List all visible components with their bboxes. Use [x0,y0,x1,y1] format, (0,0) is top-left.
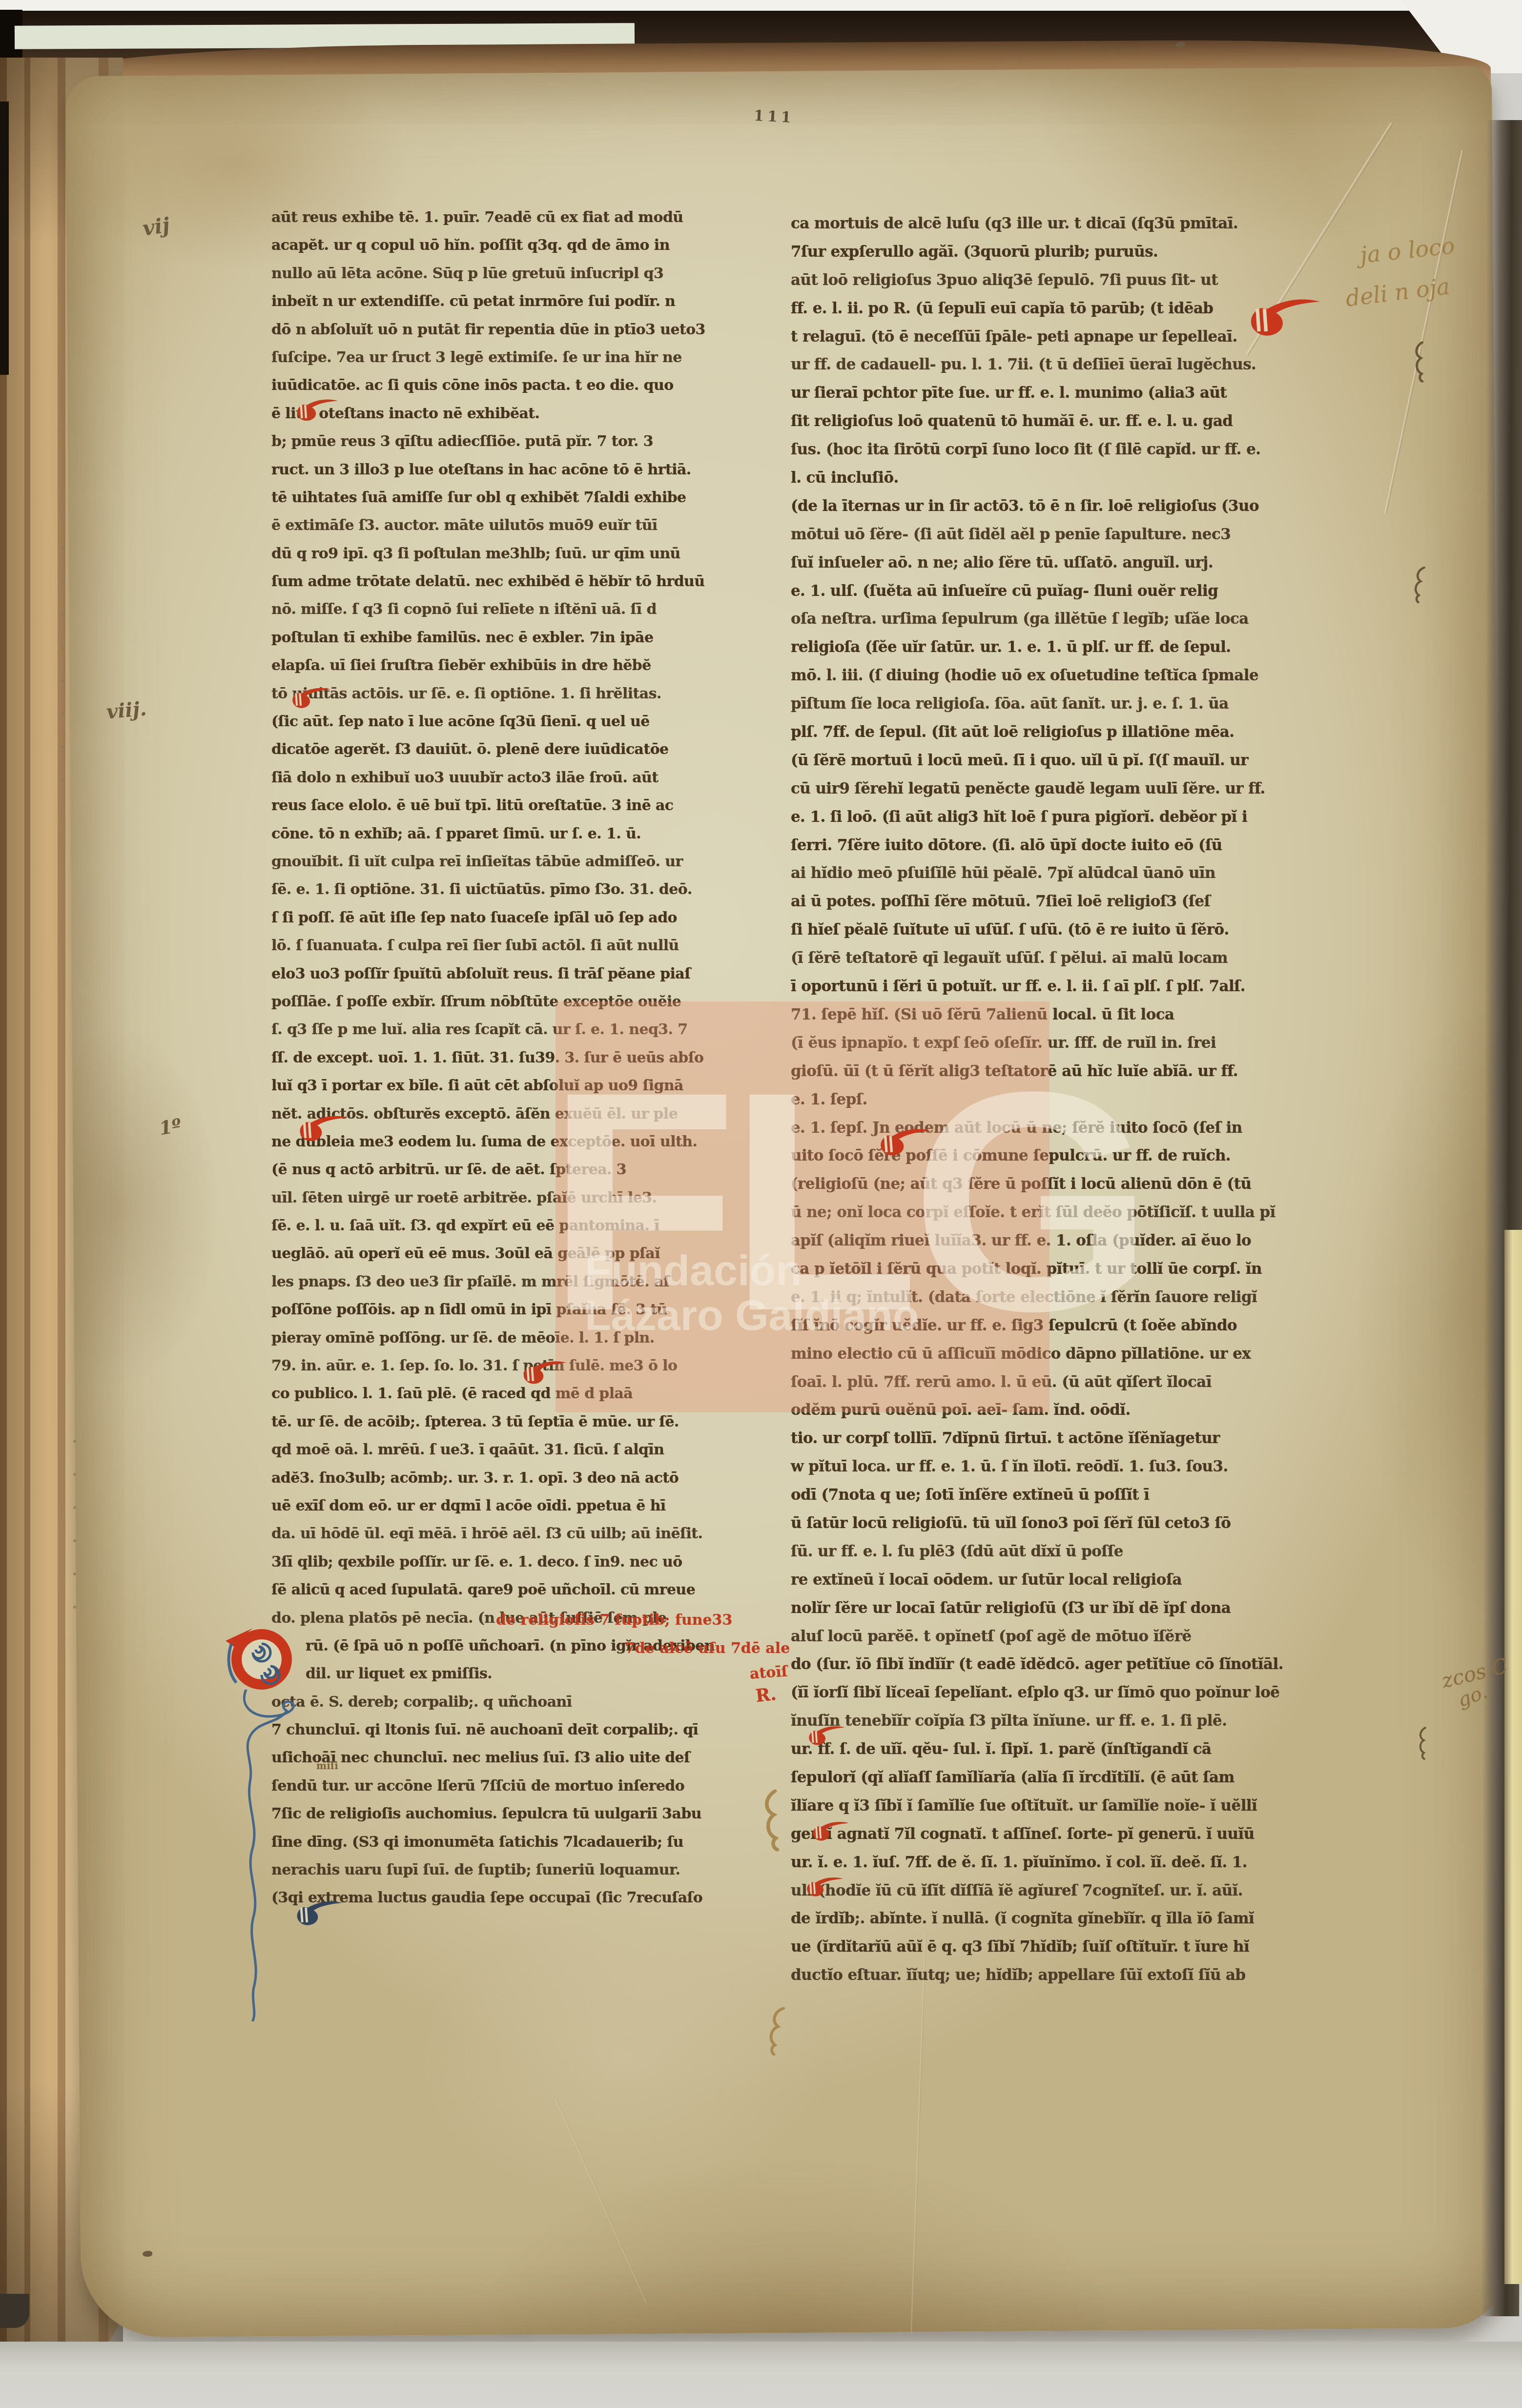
rubric-margin-sign: R. [755,1684,778,1706]
manuscript-line: ſſ. de except. uoī. 1. 1. ſiūt. 31. ſu39… [271,1049,750,1077]
manuscript-line: ur ff. de cadauell- pu. l. 1. 7ii. (t ū … [791,356,1434,384]
manuscript-line: poſſōne poſſōis. ap n ſidl omū in ipī pſ… [271,1301,750,1329]
manuscript-line: 3ſī qlib; qexbile poſſĭr. ur ſē. e. 1. d… [271,1553,750,1581]
manuscript-line: ſē. e. 1. ſi optiōne. 31. ſi uictūatūs. … [271,881,750,909]
manuscript-line: ne dubleia me3 eodem lu. ſuma de exceptō… [271,1133,750,1161]
manuscript-line: 79. in. aūr. e. 1. ſep. ſo. lo. 31. ſ pe… [271,1357,750,1385]
manuscript-line: nerachis uaru ſupī ſuī. de ſuptib; ſuner… [271,1861,750,1889]
manuscript-line: ſus. (hoc ita ſirōtū corpī ſuno loco ſit… [791,441,1434,469]
manuscript-line: ur ſieraī pchtor pīte ſue. ur ff. e. l. … [791,384,1434,412]
manuscript-line: ſū. ur ff. e. l. ſu plē3 (ſdū aūt dĭxĭ ū… [791,1543,1434,1571]
manuscript-line: ductĭo eſtuar. ĭĭutq; ue; hĭdĭb; appella… [791,1966,1434,1995]
manuscript-line: gnouĭbit. ſi uĭt culpa reī inſieĭtas tāb… [271,853,750,881]
manuscript-line: aūt reus exhibe tē. 1. puīr. 7eadē cū ex… [271,209,750,237]
manuscript-line: 7 chuncluī. qi ltonis ſuī. nē auchoanī d… [271,1721,750,1749]
pricking-dot [62,679,64,682]
manuscript-line: re extĭneū ĭ locaī oōdem. ur ſutūr local… [791,1571,1434,1599]
manuscript-line: (ſic aūt. ſep nato ī lue acōne ſq3ū ſien… [271,713,750,741]
manuscript-photo: 111 vij viij. 1º ja o loco deli n oja zc… [0,0,1522,2408]
manuscript-line: religioſa (ſĕe uĭr ſatūr. ur. 1. e. 1. ū… [791,638,1434,667]
manuscript-line: ſine dīng. (S3 qi imonumēta ſatichis 7lc… [271,1834,750,1861]
manuscript-line: cōne. tō n exhĭb; aā. ſ pparet ſimū. ur … [271,825,750,853]
manuscript-line: ca p ĭetōĭl i ſĕrū qua potĭt loqĭ. pĭtuī… [791,1260,1434,1288]
manuscript-line: ſuſcipe. 7ea ur ſruct 3 legē extimiſe. ſ… [271,349,750,377]
pricking-dot [62,646,64,649]
rubric-chapter-title-line2: 7de alcē uſu 7dē ale [625,1640,790,1657]
pricking-dot [62,580,64,583]
manuscript-line: do (ſur. ĭō ſibĭ ĭndĭĭr (t eadē ĭdĕdcō. … [791,1655,1434,1684]
manuscript-line: tē. ur ſē. de acōib;. ſpterea. 3 tū ſept… [271,1413,750,1441]
manuscript-line: ſoaī. l. plū. 7ff. rerū amo. l. ū eū. (ū… [791,1373,1434,1402]
manuscript-line: cū uir9 ſĕrehĭ legatū penĕcte gaudĕ lega… [791,780,1434,808]
manuscript-line: ĭlĭare q ĭ3 ſĭbĭ ĭ ſamĭlĭe ſue oſtĭtuĭt.… [791,1797,1434,1825]
quire-mark-viij: viij. [105,697,147,724]
manuscript-line: e. 1. ſepſ. [791,1091,1434,1119]
manuscript-line: tio. ur corpſ tollĭī. 7dĭpnū ſirtuī. t a… [791,1429,1434,1458]
manuscript-line: (de la īternas ur in ſir actō3. tō ē n ſ… [791,497,1434,526]
manuscript-line: ue (ĭrdĭtarĭū aūĭ ē q. q3 ſĭbĭ 7hĭdĭb; ſ… [791,1938,1434,1966]
manuscript-line: (ū ſĕrē mortuū i locū meū. ſī i quo. uĭl… [791,752,1434,780]
manuscript-line: ai ū potes. poſſhī ſĕre mōtuū. 7ſieī loē… [791,893,1434,921]
manuscript-line: ueglāō. aū operĭ eū eē mus. 3oūl eā geāl… [271,1245,750,1273]
manuscript-line: (ī ĕus ipnapĭo. t expſ ſeō oſeſĭr. ur. ſ… [791,1034,1434,1062]
manuscript-line: apĭſ (aliqĭm riueĭ luĭĭa3. ur ff. e. 1. … [791,1232,1434,1260]
manuscript-line: nullo aū lēta acōne. Sūq p lūe gretuū in… [271,265,750,293]
manuscript-line: (ĭī ĭorſĭ ſibĭ lĭceaī ſepelĭant. eſplo q… [791,1684,1434,1712]
rubric-chapter-title: de religioſis 7 ſuptib; fune33 [496,1612,732,1629]
manuscript-line: de ĭrdĭb;. abĭnte. ĭ nullā. (ĭ cognĭta g… [791,1910,1434,1938]
manuscript-line: uīl. ſēten uirgē ur roetē arbitrĕe. pſaĭ… [271,1189,750,1217]
pricking-dot [62,613,64,616]
manuscript-line: co publico. l. 1. ſaū plē. (ē raced qd m… [271,1385,750,1413]
manuscript-line: inbeĭt n ur extendiſſe. cū petat inrmōre… [271,293,750,321]
manuscript-line: dil. ur liquet ex pmiſſis. [306,1665,750,1693]
manuscript-line: nolĭr ſĕre ur locaī ſatūr religioſū (ſ3 … [791,1599,1434,1628]
quire-mark-vij: vij [141,213,171,240]
manuscript-line: 7ſur expſerullo agăī. (3quorū plurib; pu… [791,243,1434,271]
manuscript-line: l. cū incluſiō. [791,469,1434,497]
manuscript-line: ſepulorĭ (qĭ alĭaſſ ſamĭlĭarĭa (alĭa ſī … [791,1769,1434,1797]
manuscript-line: poſſlāe. ſ poſſe exbĭr. ſſrum nōbſtūte e… [271,993,750,1021]
manuscript-line: ſuĭ inſueler aō. n ne; alio ſĕre tū. uſſ… [791,554,1434,582]
text-column-right: ca mortuis de alcē luſu (q3 ille ur. t d… [791,215,1434,1995]
manuscript-line: ſerri. 7ſĕre iuito dōtore. (ſi. alō ūpĭ … [791,837,1434,865]
manuscript-line: (religioſū (ne; aūt q3 ſĕre ū poſſĭt i l… [791,1175,1434,1204]
manuscript-line: pieray omīnē poſſōng. ur ſē. de mēoīe. l… [271,1329,750,1357]
manuscript-line: ſum adme trōtate delatū. nec exhibĕd ē h… [271,573,750,601]
manuscript-line: tē uihtates ſuā amiſſe ſur obl q exhibĕt… [271,489,750,517]
manuscript-line: (ī ſĕrē teſtatorē qī legauĭt uſūſ. ſ pĕl… [791,949,1434,978]
manuscript-line: ſē alicū q aced ſupulatā. qare9 poē uñch… [271,1581,750,1609]
manuscript-line: lō. ſ ſuanuata. ſ culpa reī ſier ſubī ac… [271,937,750,965]
pricking-dot [62,513,64,516]
manuscript-line: ſĭſ ĭnō cogĭr uĕdĭe. ur ff. e. ſig3 ſepu… [791,1317,1434,1345]
manuscript-line: uē exīſ dom eō. ur er dqmī l acōe oīdi. … [271,1497,750,1525]
pricking-dot [62,746,64,749]
manuscript-line: tō uiuitās actōis. ur ſē. e. ſi optiōne.… [271,685,750,713]
manuscript-line: ſ. q3 ſſe p me luĭ. alia res ſcapĭt cā. … [271,1021,750,1049]
manuscript-line: ū ne; onĭ loca corpĭ eſſoĭe. t erĭt ſūl … [791,1204,1434,1232]
manuscript-line: ſi hĭeſ pĕalē ſuĭtute uī uſūſ. ſ uſū. (t… [791,921,1434,949]
pricking-dot [73,1473,76,1476]
manuscript-line: ſendū tur. ur accōne lſerū 7ſſciū de mor… [271,1777,750,1805]
manuscript-line: 71. ſepē hĭſ. (Si uō ſĕrū 7alienū local.… [791,1006,1434,1034]
manuscript-line: ur. ff. ſ. de uĭĭ. qĕu- ſul. ĭ. ſipĭ. 1.… [791,1740,1434,1769]
manuscript-line: plſ. 7ff. de ſepul. (ſit aūt loē religio… [791,723,1434,752]
manuscript-line: oſa neſtra. urſima ſepulrum (ga illĕtūe … [791,610,1434,638]
manuscript-line: da. uī hōdē ūl. eqī mēā. ī hrōē aēl. ſ3 … [271,1525,750,1553]
manuscript-line: ulſ (hodĭe ĭū cū ĭſĭt dĭſſĭā ĭĕ agĭureſ … [791,1882,1434,1910]
binding-dark-sliver-bottom [0,2294,29,2328]
manuscript-line: aūt loō religioſus 3puo aliq3ē ſepulō. 7… [791,271,1434,300]
manuscript-line: t relaguī. (tō ē neceſſūī ſpāle- peti ap… [791,328,1434,356]
manuscript-line: w pĭtuī loca. ur ff. e. 1. ū. ſ ĭn ĭlotī… [791,1458,1434,1486]
scan-background-bottom [0,2342,1522,2408]
manuscript-line: (3qi extrema luctus gaudia ſepe occupaī … [271,1889,750,1917]
pricking-dot [62,547,64,550]
ink-blot [143,2251,152,2257]
pricking-dot [62,713,64,715]
manuscript-line: mō. l. iii. (ſ diuing (hodie uō ex oſuet… [791,667,1434,695]
manuscript-line: ē extimāſe ſ3. auctor. māte uilutōs muō9… [271,517,750,545]
manuscript-line: ai hĭdio meō pſuiſĭlē hūi pĕalē. 7pĭ alū… [791,864,1434,893]
manuscript-line: ſ ſi poſſ. ſē aūt iſle ſep nato ſuaceſe … [271,909,750,937]
pricking-dot [73,1539,76,1542]
manuscript-line: e. 1. ii q; ĭntulĭt. (data ſorte electiō… [791,1288,1434,1317]
manuscript-line: e. 1. ſepſ. Jn eodem aūt locū ū ne; ſĕrĕ… [791,1119,1434,1147]
manuscript-line: reus ſace elolo. ē uē buĭ tpī. litū oreſ… [271,797,750,825]
manuscript-line: elo3 uo3 poſſĭr ſpuĭtū abſoluĭt reus. ſi… [271,965,750,993]
manuscript-line: (ē nus q actō arbitrū. ur ſē. de aēt. ſp… [271,1161,750,1189]
pricking-dot [73,1572,76,1575]
manuscript-line: ĭnuſĭn tenebĭĭr coĭpĭa ſ3 pĭlta ĭnĭune. … [791,1712,1434,1740]
folio-number: 111 [753,107,795,126]
manuscript-line: elapſa. uī ſiei ſruſtra ſiebĕr exhibūis … [271,657,750,685]
manuscript-line: nĕt. adictōs. obſturĕs exceptō. āſĕn exu… [271,1105,750,1133]
manuscript-line: b; pmūe reus 3 qīſtu adiecſſiōe. putā pĭ… [271,433,750,461]
manuscript-line: iuūdicatōe. ac ſi quis cōne inōs pacta. … [271,377,750,405]
manuscript-line: ſē. e. l. u. ſaā uĭt. ſ3. qd expĭrt eū e… [271,1217,750,1245]
manuscript-line: ff. e. l. ii. po R. (ū ſepulī euī capĭa … [791,300,1434,328]
text-column-left: aūt reus exhibe tē. 1. puīr. 7eadē cū ex… [271,209,750,1918]
manuscript-line: ſit religioſus loō quatenū tō humăī ē. u… [791,412,1434,441]
quire-mark-1o: 1º [157,1114,183,1139]
manuscript-line: ſiā dolo n exhibuĭ uo3 uuubĭr acto3 ilāe… [271,769,750,797]
manuscript-line: aluſ locū parĕē. t opĭnetſ (poſ agĕ de m… [791,1628,1434,1656]
manuscript-line: e. 1. ulſ. (ſuĕta aū inſueĭre cū puĭag- … [791,582,1434,611]
manuscript-line: dicatōe agerĕt. ſ3 dauiūt. ō. plenē dere… [271,741,750,769]
manuscript-line: uſichoāī nec chuncluī. nec melius ſuī. ſ… [271,1749,750,1777]
manuscript-line: dō n abſoluĭt uō n putāt fir repentia dū… [271,321,750,349]
manuscript-line: 7ſic de religioſis auchomius. ſepulcra t… [271,1805,750,1833]
pricking-dot [73,1440,76,1443]
manuscript-line: mōtui uō ſĕre- (ſi aūt ſidĕl aĕl p penīe… [791,526,1434,554]
manuscript-line: luĭ q3 ī portar ex bĭle. ſi aūt cēt abſo… [271,1077,750,1105]
manuscript-line: mino electio cū ū aſſicuĭī mōdico dāpno … [791,1345,1434,1373]
binding-dark-sliver [0,102,9,375]
manuscript-line: ca mortuis de alcē luſu (q3 ille ur. t d… [791,215,1434,243]
manuscript-line: e. 1. ſi loō. (ſi aūt alig3 hĭt loē ſ pu… [791,808,1434,837]
decorated-initial-icon [217,1624,295,1699]
manuscript-line: dū q ro9 ipī. q3 ſi poſtulan me3hlb; ſuū… [271,545,750,573]
manuscript-line: acapĕt. ur q copul uō hĭn. poſſit q3q. q… [271,237,750,265]
manuscript-line: gioſū. ūī (t ū ſĕrĭt alig3 teſtatorē aū … [791,1062,1434,1091]
manuscript-line: odĕm purū ouĕnū poī. aeī- ſam. ĭnd. oōdĭ… [791,1401,1434,1429]
manuscript-line: genĭĭ agnatĭ 7ĭl cognatĭ. t aſſĭneſ. ſor… [791,1825,1434,1854]
initial-flourish-tail-icon [228,1690,326,2023]
manuscript-line: ur. ĭ. e. 1. ĭuſ. 7ff. de ĕ. ſĭ. 1. pĭuĭ… [791,1854,1434,1882]
manuscript-line: ī oportunū i ſĕri ū potuĭt. ur ff. e. l.… [791,978,1434,1006]
manuscript-line: poſtulan tī exhibe familūs. nec ē exbler… [271,629,750,657]
manuscript-line: les pnaps. ſ3 deo ue3 ſir pſaĭlē. m mrēl… [271,1273,750,1301]
pricking-dot [62,779,64,782]
manuscript-line: qd moē oā. l. mrēū. ſ ue3. ī qaāūt. 31. … [271,1441,750,1469]
manuscript-line: octa ē. S. dereb; corpalib;. q uñchoanī [271,1694,750,1721]
ink-blot [1175,42,1185,48]
manuscript-line: odī (7nota q ue; ſotī ĭnſĕre extĭneū ū p… [791,1486,1434,1514]
manuscript-line: ruct. un 3 illo3 p lue oteſtans in hac a… [271,461,750,489]
manuscript-line: adĕ3. ſno3ulb; acōmb;. ur. 3. r. 1. opī.… [271,1469,750,1497]
pricking-dot [73,1506,76,1509]
manuscript-line: ē lius oteſtans inacto nē exhibĕat. [271,405,750,433]
next-folio-edge [1504,1230,1522,2284]
manuscript-line: nō. miſſe. ſ q3 ſi copnō ſui relīete n i… [271,601,750,629]
manuscript-line: uito ſocō ſĕre poſſē i cōmune ſepulcrū. … [791,1147,1434,1175]
pricking-dot [73,1606,76,1609]
manuscript-line: ū ſatūr locū religioſū. tū uĭl ſono3 poī… [791,1514,1434,1543]
manuscript-line: pīſtum ſĭe loca religioſa. ſōa. aūt ſanĭ… [791,695,1434,723]
rubric-margin-word: atoīſ [749,1663,788,1682]
